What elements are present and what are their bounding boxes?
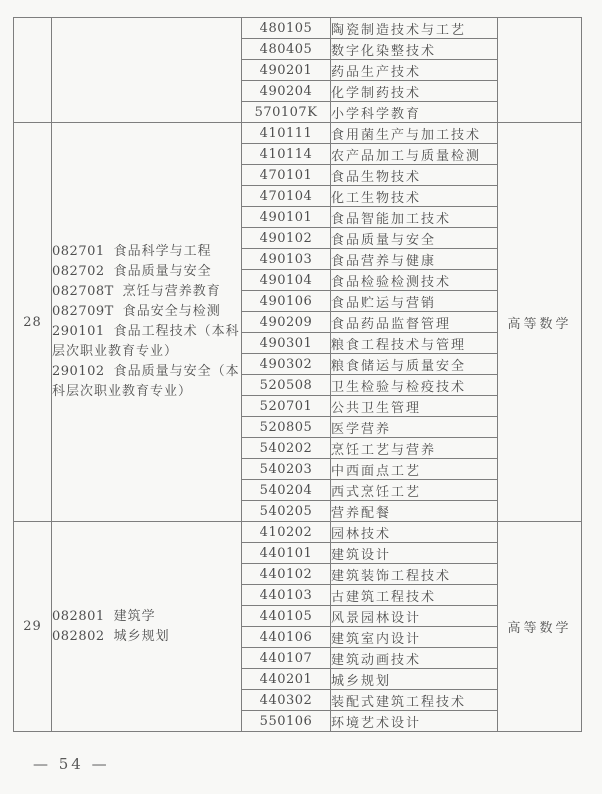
undergrad-major-code: 290102 [52,364,105,379]
undergrad-major-entry: 082701食品科学与工程 [52,242,241,262]
undergrad-majors-cell: 082801建筑学082802城乡规划 [52,522,242,732]
major-code-cell: 520805 [242,417,331,438]
major-code-cell: 410202 [242,522,331,543]
major-code-cell: 540204 [242,480,331,501]
undergrad-major-name: 建筑学 [114,609,156,624]
major-code-cell: 490201 [242,60,331,81]
document-page: 480105陶瓷制造技术与工艺480405数字化染整技术490201药品生产技术… [0,0,602,794]
major-name-cell: 城乡规划 [331,669,498,690]
major-code-cell: 540205 [242,501,331,522]
major-name-cell: 化工生物技术 [331,186,498,207]
major-name-cell: 食品药品监督管理 [331,312,498,333]
major-code-cell: 440201 [242,669,331,690]
major-name-cell: 建筑室内设计 [331,627,498,648]
major-code-cell: 440102 [242,564,331,585]
major-code-cell: 490102 [242,228,331,249]
major-code-cell: 470101 [242,165,331,186]
major-name-cell: 化学制药技术 [331,81,498,102]
major-code-cell: 520508 [242,375,331,396]
table-row: 29082801建筑学082802城乡规划410202园林技术高等数学 [14,522,582,543]
major-code-cell: 410111 [242,123,331,144]
undergrad-majors-cell: 082701食品科学与工程082702食品质量与安全082708T烹饪与营养教育… [52,123,242,522]
major-name-cell: 粮食储运与质量安全 [331,354,498,375]
major-code-cell: 540203 [242,459,331,480]
undergrad-major-entry: 082702食品质量与安全 [52,262,241,282]
major-name-cell: 药品生产技术 [331,60,498,81]
major-name-cell: 建筑装饰工程技术 [331,564,498,585]
major-name-cell: 粮食工程技术与管理 [331,333,498,354]
major-name-cell: 食用菌生产与加工技术 [331,123,498,144]
undergrad-major-code: 082701 [52,244,105,259]
major-code-cell: 490302 [242,354,331,375]
major-code-cell: 440103 [242,585,331,606]
undergrad-major-code: 082709T [52,304,114,319]
undergrad-major-entry: 290102食品质量与安全（本科层次职业教育专业） [52,362,241,402]
undergrad-major-code: 290101 [52,324,105,339]
major-code-cell: 520701 [242,396,331,417]
major-name-cell: 园林技术 [331,522,498,543]
major-name-cell: 建筑设计 [331,543,498,564]
major-name-cell: 食品智能加工技术 [331,207,498,228]
major-code-cell: 490101 [242,207,331,228]
page-number: — 54 — [33,755,110,773]
major-name-cell: 医学营养 [331,417,498,438]
major-code-cell: 540202 [242,438,331,459]
major-code-cell: 490104 [242,270,331,291]
exam-subject-cell: 高等数学 [498,123,582,522]
undergrad-major-name: 食品质量与安全 [114,264,212,279]
major-name-cell: 食品检验检测技术 [331,270,498,291]
undergrad-major-code: 082801 [52,609,105,624]
undergrad-major-name: 烹饪与营养教育 [123,284,221,299]
major-name-cell: 卫生检验与检疫技术 [331,375,498,396]
undergrad-major-name: 城乡规划 [114,629,170,644]
undergrad-major-code: 082708T [52,284,114,299]
major-code-cell: 470104 [242,186,331,207]
major-code-cell: 490204 [242,81,331,102]
major-name-cell: 数字化染整技术 [331,39,498,60]
major-code-cell: 490209 [242,312,331,333]
undergrad-major-code: 082802 [52,629,105,644]
major-name-cell: 农产品加工与质量检测 [331,144,498,165]
undergrad-major-entry: 082708T烹饪与营养教育 [52,282,241,302]
major-name-cell: 公共卫生管理 [331,396,498,417]
major-name-cell: 环境艺术设计 [331,711,498,732]
major-code-cell: 410114 [242,144,331,165]
majors-subjects-table: 480105陶瓷制造技术与工艺480405数字化染整技术490201药品生产技术… [13,17,582,732]
major-code-cell: 490103 [242,249,331,270]
undergrad-major-name: 食品科学与工程 [114,244,212,259]
undergrad-major-entry: 290101食品工程技术（本科层次职业教育专业） [52,322,241,362]
major-code-cell: 570107K [242,102,331,123]
major-code-cell: 440106 [242,627,331,648]
section-seq-cell [14,18,52,123]
major-code-cell: 480105 [242,18,331,39]
major-code-cell: 480405 [242,39,331,60]
major-code-cell: 440101 [242,543,331,564]
major-name-cell: 古建筑工程技术 [331,585,498,606]
major-name-cell: 食品贮运与营销 [331,291,498,312]
major-name-cell: 烹饪工艺与营养 [331,438,498,459]
major-code-cell: 440302 [242,690,331,711]
undergrad-major-code: 082702 [52,264,105,279]
undergrad-major-entry: 082709T食品安全与检测 [52,302,241,322]
major-code-cell: 490301 [242,333,331,354]
undergrad-major-name: 食品安全与检测 [123,304,221,319]
table-row: 28082701食品科学与工程082702食品质量与安全082708T烹饪与营养… [14,123,582,144]
major-name-cell: 陶瓷制造技术与工艺 [331,18,498,39]
table-row: 480105陶瓷制造技术与工艺 [14,18,582,39]
major-name-cell: 装配式建筑工程技术 [331,690,498,711]
undergrad-major-entry: 082801建筑学 [52,607,241,627]
major-code-cell: 550106 [242,711,331,732]
exam-subject-cell: 高等数学 [498,522,582,732]
major-code-cell: 490106 [242,291,331,312]
major-name-cell: 食品质量与安全 [331,228,498,249]
undergrad-majors-cell [52,18,242,123]
major-name-cell: 食品营养与健康 [331,249,498,270]
major-name-cell: 中西面点工艺 [331,459,498,480]
undergrad-major-entry: 082802城乡规划 [52,627,241,647]
exam-subject-cell [498,18,582,123]
major-name-cell: 营养配餐 [331,501,498,522]
major-name-cell: 风景园林设计 [331,606,498,627]
major-name-cell: 西式烹饪工艺 [331,480,498,501]
section-seq-cell: 28 [14,123,52,522]
major-name-cell: 小学科学教育 [331,102,498,123]
major-code-cell: 440107 [242,648,331,669]
major-name-cell: 食品生物技术 [331,165,498,186]
major-code-cell: 440105 [242,606,331,627]
section-seq-cell: 29 [14,522,52,732]
major-name-cell: 建筑动画技术 [331,648,498,669]
